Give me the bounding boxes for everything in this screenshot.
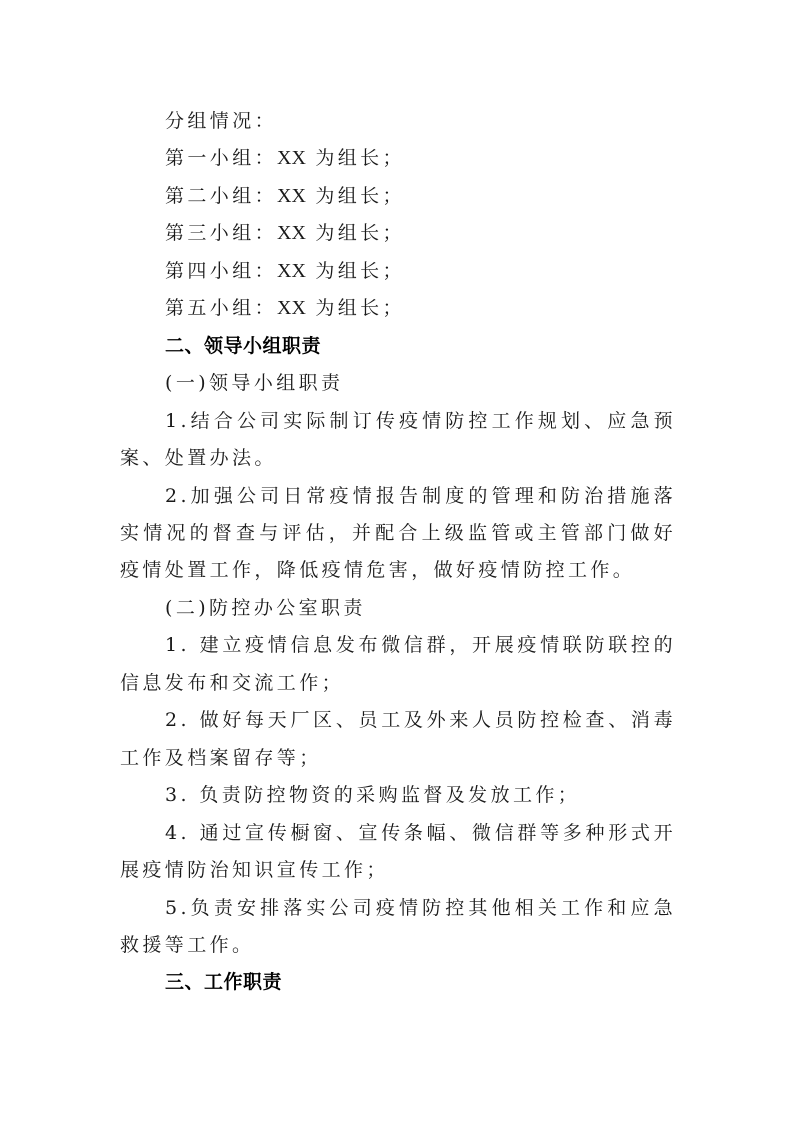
duty-item: 5.负责安排落实公司疫情防控其他相关工作和应急救援等工作。 (120, 890, 676, 965)
group-line: 第三小组：XX 为组长； (120, 215, 676, 252)
section-heading: 二、领导小组职责 (120, 328, 676, 365)
document-page: 分组情况： 第一小组：XX 为组长； 第二小组：XX 为组长； 第三小组：XX … (120, 103, 676, 1002)
group-line: 第一小组：XX 为组长； (120, 140, 676, 177)
group-line: 第二小组：XX 为组长； (120, 178, 676, 215)
subsection-title: (二)防控办公室职责 (120, 590, 676, 627)
duty-item: 2. 做好每天厂区、员工及外来人员防控检查、消毒工作及档案留存等； (120, 702, 676, 777)
duty-item: 2.加强公司日常疫情报告制度的管理和防治措施落实情况的督查与评估，并配合上级监管… (120, 478, 676, 590)
section-heading: 三、工作职责 (120, 964, 676, 1001)
group-line: 第五小组：XX 为组长； (120, 290, 676, 327)
grouping-title: 分组情况： (120, 103, 676, 140)
duty-item: 3. 负责防控物资的采购监督及发放工作； (120, 777, 676, 814)
group-line: 第四小组：XX 为组长； (120, 253, 676, 290)
subsection-title: (一)领导小组职责 (120, 365, 676, 402)
duty-item: 1. 建立疫情信息发布微信群，开展疫情联防联控的信息发布和交流工作； (120, 627, 676, 702)
duty-item: 1.结合公司实际制订传疫情防控工作规划、应急预案、处置办法。 (120, 403, 676, 478)
duty-item: 4. 通过宣传橱窗、宣传条幅、微信群等多种形式开展疫情防治知识宣传工作； (120, 815, 676, 890)
